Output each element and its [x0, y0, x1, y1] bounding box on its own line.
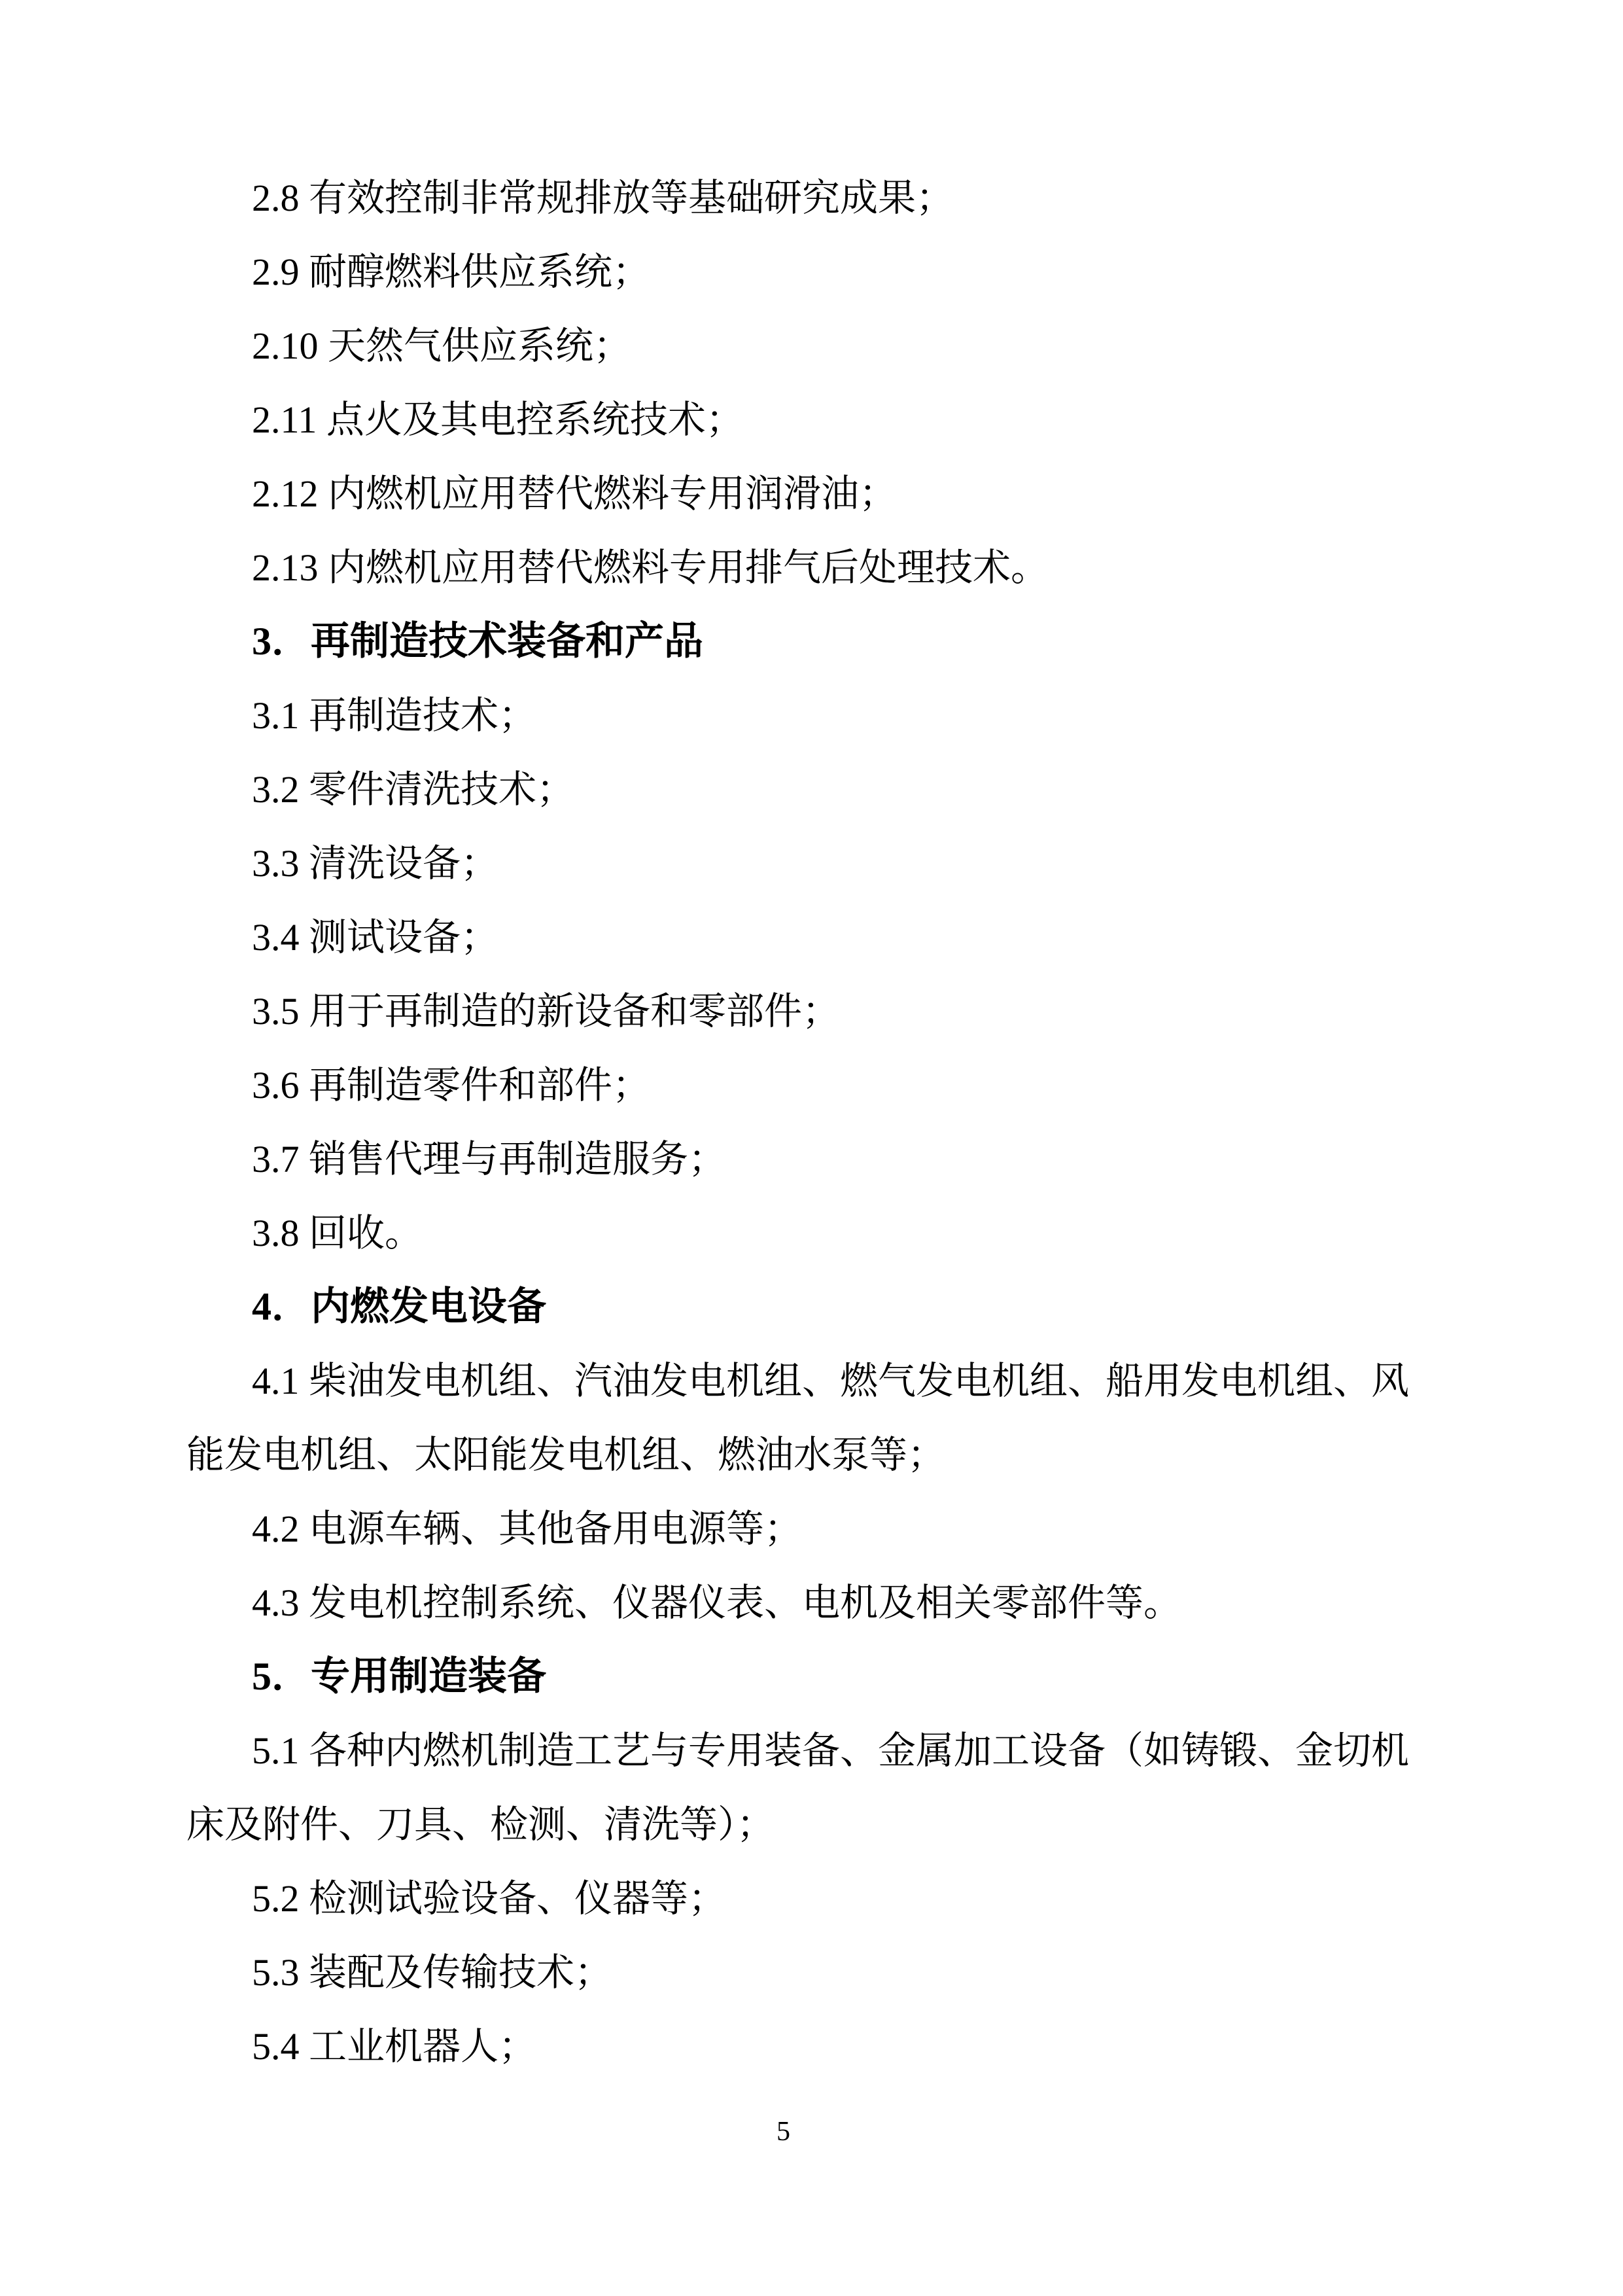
line-item-5-2: 5.2 检测试验设备、仪器等； — [186, 1862, 1459, 1935]
line-item-5-1: 5.1 各种内燃机制造工艺与专用装备、金属加工设备（如铸锻、金切机 — [186, 1714, 1459, 1788]
line-item-2-13: 2.13 内燃机应用替代燃料专用排气后处理技术。 — [186, 531, 1459, 605]
line-item-2-11: 2.11 点火及其电控系统技术； — [186, 383, 1459, 457]
line-item-5-3: 5.3 装配及传输技术； — [186, 1935, 1459, 2009]
line-item-4-2: 4.2 电源车辆、其他备用电源等； — [186, 1492, 1459, 1566]
section-heading-3: 3．再制造技术装备和产品 — [186, 605, 1459, 679]
line-item-3-3: 3.3 清洗设备； — [186, 826, 1459, 900]
line-item-4-1: 4.1 柴油发电机组、汽油发电机组、燃气发电机组、船用发电机组、风 — [186, 1344, 1459, 1418]
line-item-3-8: 3.8 回收。 — [186, 1196, 1459, 1270]
line-item-2-9: 2.9 耐醇燃料供应系统； — [186, 235, 1459, 309]
line-item-5-4: 5.4 工业机器人； — [186, 2009, 1459, 2083]
line-item-4-3: 4.3 发电机控制系统、仪器仪表、电机及相关零部件等。 — [186, 1566, 1459, 1640]
page-number: 5 — [147, 2112, 1420, 2151]
line-item-2-10: 2.10 天然气供应系统； — [186, 309, 1459, 383]
section-heading-4: 4．内燃发电设备 — [186, 1270, 1459, 1344]
line-item-3-6: 3.6 再制造零件和部件； — [186, 1048, 1459, 1122]
section-heading-5: 5．专用制造装备 — [186, 1640, 1459, 1714]
line-item-3-1: 3.1 再制造技术； — [186, 679, 1459, 752]
line-item-3-7: 3.7 销售代理与再制造服务； — [186, 1122, 1459, 1196]
document-page: 2.8 有效控制非常规排放等基础研究成果； 2.9 耐醇燃料供应系统； 2.10… — [0, 0, 1623, 2296]
line-item-2-12: 2.12 内燃机应用替代燃料专用润滑油； — [186, 457, 1459, 531]
line-item-3-4: 3.4 测试设备； — [186, 900, 1459, 974]
line-item-4-1-continued: 能发电机组、太阳能发电机组、燃油水泵等； — [186, 1418, 1459, 1492]
line-item-2-8: 2.8 有效控制非常规排放等基础研究成果； — [186, 161, 1459, 235]
line-item-3-2: 3.2 零件清洗技术； — [186, 752, 1459, 826]
line-item-5-1-continued: 床及附件、刀具、检测、清洗等）； — [186, 1788, 1459, 1862]
line-item-3-5: 3.5 用于再制造的新设备和零部件； — [186, 974, 1459, 1048]
